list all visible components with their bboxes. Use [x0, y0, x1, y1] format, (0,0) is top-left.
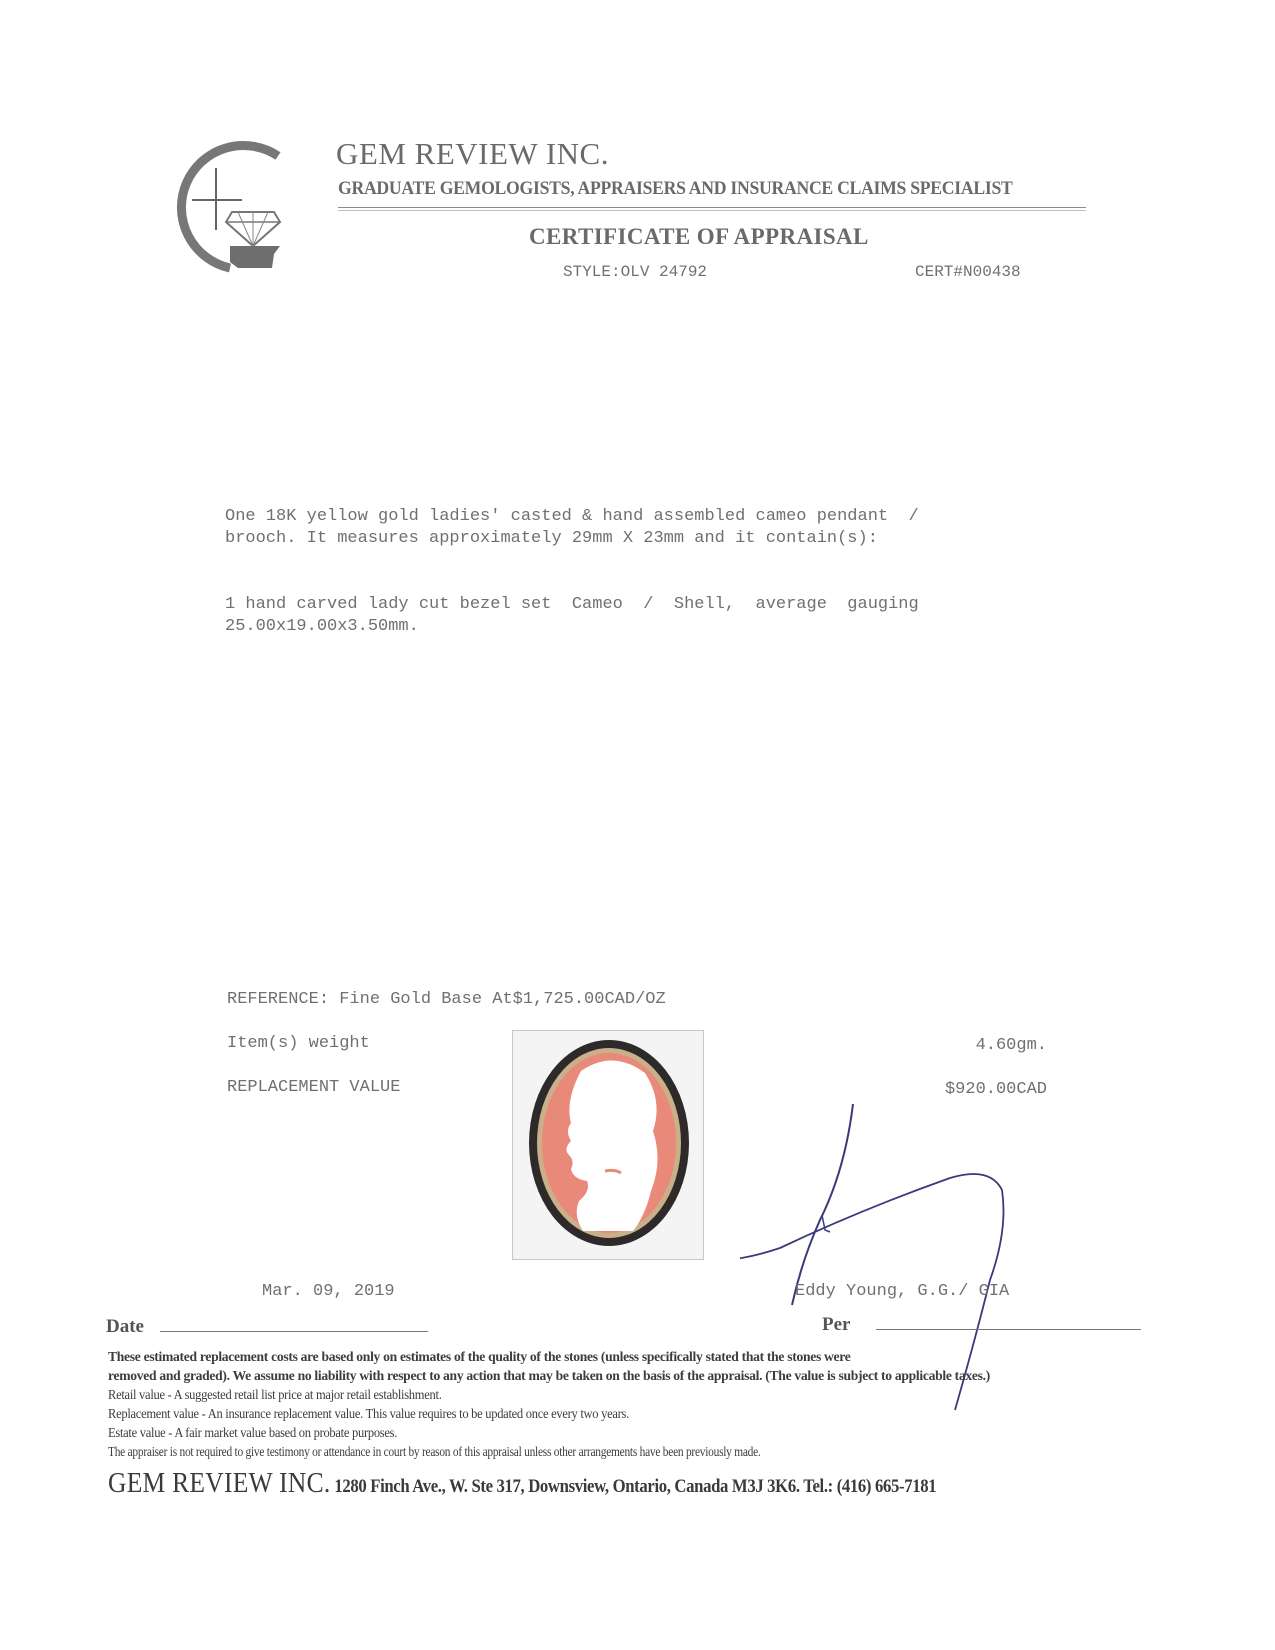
disclaimer-line: Retail value - A suggested retail list p…	[108, 1387, 442, 1403]
document-title: CERTIFICATE OF APPRAISAL	[529, 224, 869, 250]
disclaimer-line: These estimated replacement costs are ba…	[108, 1349, 851, 1365]
company-name: GEM REVIEW INC.	[336, 136, 609, 172]
weight-value: 4.60gm.	[976, 1036, 1047, 1055]
gem-review-logo-icon	[168, 138, 288, 273]
disclaimer-line: removed and graded). We assume no liabil…	[108, 1368, 990, 1384]
certificate-number: CERT#N00438	[915, 263, 1021, 281]
disclaimer-line: Replacement value - An insurance replace…	[108, 1406, 629, 1422]
header-divider	[338, 207, 1086, 208]
replacement-value-label: REPLACEMENT VALUE	[227, 1078, 400, 1097]
cameo-pendant-photo	[512, 1030, 704, 1260]
footer-address: 1280 Finch Ave., W. Ste 317, Downsview, …	[331, 1476, 937, 1497]
gold-reference: REFERENCE: Fine Gold Base At$1,725.00CAD…	[227, 990, 666, 1009]
per-signature-line	[876, 1329, 1141, 1330]
disclaimer-line: Estate value - A fair market value based…	[108, 1425, 397, 1441]
footer: GEM REVIEW INC. 1280 Finch Ave., W. Ste …	[108, 1467, 936, 1500]
style-number: STYLE:OLV 24792	[563, 263, 707, 281]
item-description: One 18K yellow gold ladies' casted & han…	[225, 506, 1045, 550]
appraiser-name: Eddy Young, G.G./ GIA	[795, 1282, 1009, 1301]
date-signature-line	[160, 1331, 428, 1332]
per-label: Per	[822, 1314, 850, 1336]
cameo-image-icon	[513, 1031, 703, 1259]
appraisal-date: Mar. 09, 2019	[262, 1282, 395, 1301]
date-label: Date	[106, 1316, 144, 1338]
stone-description: 1 hand carved lady cut bezel set Cameo /…	[225, 594, 1045, 638]
company-tagline: GRADUATE GEMOLOGISTS, APPRAISERS AND INS…	[338, 178, 1013, 200]
disclaimer-line: The appraiser is not required to give te…	[108, 1444, 761, 1460]
header-divider-secondary	[338, 210, 1086, 211]
weight-label: Item(s) weight	[227, 1034, 370, 1053]
replacement-value: $920.00CAD	[945, 1080, 1047, 1099]
footer-company-name: GEM REVIEW INC.	[108, 1467, 331, 1499]
